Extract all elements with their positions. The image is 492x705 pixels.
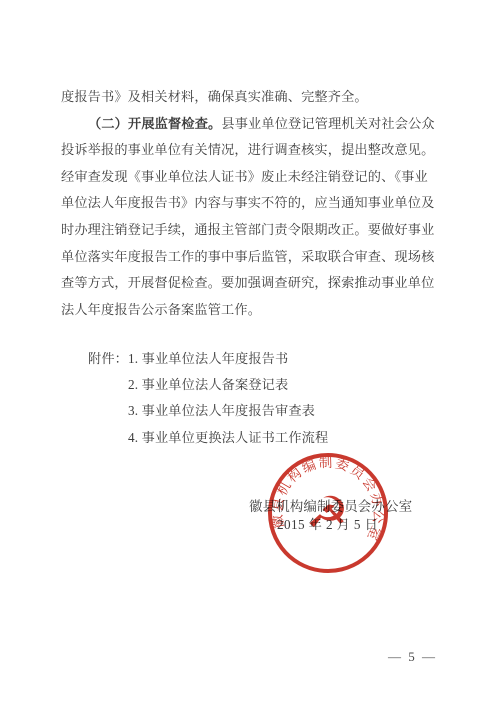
page-number: — 5 — <box>388 649 437 665</box>
attachment-item: 2. 事业单位法人备案登记表 <box>88 372 328 398</box>
body-line: 单位落实年度报告工作的事中事后监管，采取联合审查、现场核 <box>61 244 445 271</box>
attachments-label: 附件： <box>88 346 128 372</box>
body-text-block: 度报告书》及相关材料，确保真实准确、完整齐全。 （二）开展监督检查。县事业单位登… <box>61 84 445 323</box>
paragraph-heading: （二）开展监督检查。 <box>88 116 221 131</box>
body-line: （二）开展监督检查。县事业单位登记管理机关对社会公众 <box>61 111 445 138</box>
attachment-item: 3. 事业单位法人年度报告审查表 <box>88 398 328 424</box>
body-line: 单位法人年度报告书》内容与事实不符的，应当通知事业单位及 <box>61 190 445 217</box>
body-line: 法人年度报告公示备案监管工作。 <box>61 297 445 324</box>
attachment-item: 附件：1. 事业单位法人年度报告书 <box>88 346 328 372</box>
body-line: 度报告书》及相关材料，确保真实准确、完整齐全。 <box>61 84 445 111</box>
paragraph-text: 县事业单位登记管理机关对社会公众 <box>221 116 434 131</box>
attachment-item-text: 1. 事业单位法人年度报告书 <box>128 351 288 366</box>
body-line: 时办理注销登记手续，通报主管部门责令限期改正。要做好事业 <box>61 217 445 244</box>
official-seal: 徽县机构编制委员会办公室 ☭ <box>256 441 401 586</box>
hammer-sickle-icon: ☭ <box>304 483 352 542</box>
body-line: 投诉举报的事业单位有关情况，进行调查核实，提出整改意见。 <box>61 137 445 164</box>
body-line: 查等方式，开展督促检查。要加强调查研究，探索推动事业单位 <box>61 270 445 297</box>
document-page: 度报告书》及相关材料，确保真实准确、完整齐全。 （二）开展监督检查。县事业单位登… <box>0 0 492 705</box>
attachments-block: 附件：1. 事业单位法人年度报告书 2. 事业单位法人备案登记表 3. 事业单位… <box>88 346 328 451</box>
body-line: 经审查发现《事业单位法人证书》废止未经注销登记的、《事业 <box>61 164 445 191</box>
